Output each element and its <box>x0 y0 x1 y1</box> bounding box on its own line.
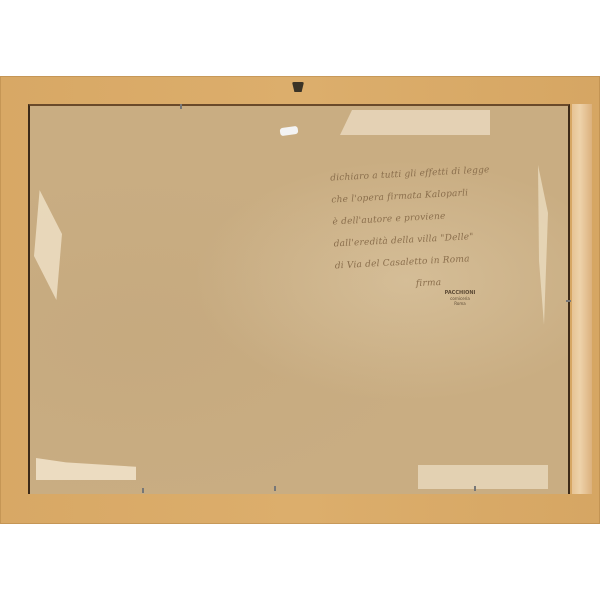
nail <box>142 488 144 493</box>
nail <box>566 300 571 302</box>
tape-bottom-right <box>418 465 548 489</box>
frame-wood-strip <box>572 104 592 494</box>
stamp-line: Roma <box>430 301 490 306</box>
nail <box>274 486 276 491</box>
nail <box>180 104 182 109</box>
nail <box>474 486 476 491</box>
framer-stamp: PACCHIONI corniceria Roma <box>430 290 490 306</box>
handwritten-inscription: dichiaro a tutti gli effetti di legge ch… <box>330 157 547 300</box>
tape-top <box>340 110 490 135</box>
